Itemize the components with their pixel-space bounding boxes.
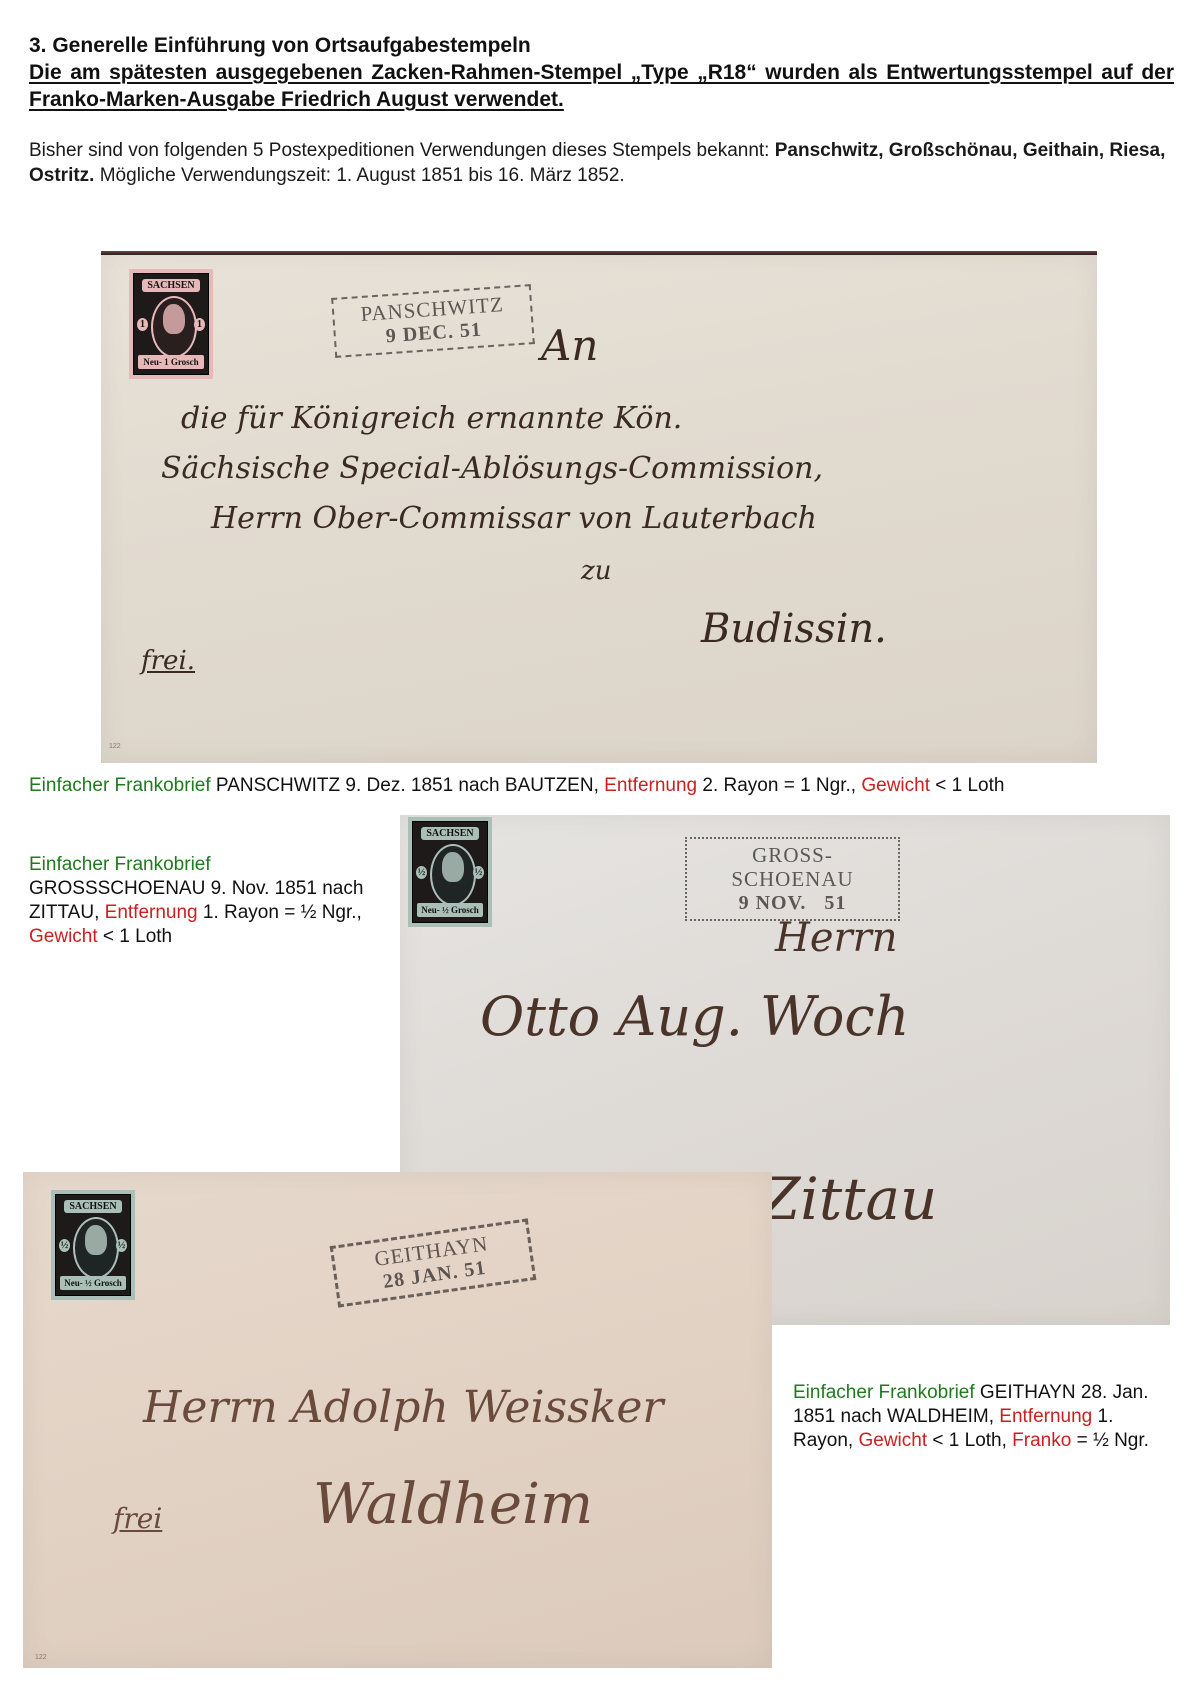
reference-number: 122	[35, 1654, 47, 1661]
frei-note: frei.	[141, 646, 195, 676]
address-line: Herrn Adolph Weissker	[143, 1382, 663, 1433]
caption-grossschoenau: Einfacher Frankobrief GROSSSCHOENAU 9. N…	[29, 853, 389, 949]
stamp-half-neugroschen: SACHSEN ½ ½ Neu- ½ Grosch	[51, 1190, 135, 1300]
caption-weight-label: Gewicht	[858, 1430, 927, 1451]
caption-distance-label: Entfernung	[105, 902, 198, 923]
caption-label: Einfacher Frankobrief	[29, 775, 211, 796]
address-line: Sächsische Special-Ablösungs-Commission,	[161, 451, 823, 486]
stamp-footer: Neu- ½ Grosch	[60, 1276, 126, 1290]
frei-note: frei	[113, 1502, 162, 1535]
intro-text-after: Mögliche Verwendungszeit: 1. August 1851…	[94, 165, 624, 186]
king-portrait-icon	[151, 296, 197, 358]
address-line: Waldheim	[313, 1472, 593, 1537]
caption-text: < 1 Loth	[98, 926, 172, 947]
address-line: zu	[581, 556, 611, 586]
address-line: Budissin.	[701, 606, 887, 652]
stamp-country: SACHSEN	[64, 1200, 122, 1213]
stamp-country: SACHSEN	[421, 827, 479, 840]
stamp-value-left: 1	[137, 318, 148, 331]
caption-label: Einfacher Frankobrief	[793, 1382, 975, 1403]
caption-franko-label: Franko	[1012, 1430, 1071, 1451]
address-line: An	[541, 321, 598, 370]
caption-distance-label: Entfernung	[604, 775, 697, 796]
stamp-footer: Neu- ½ Grosch	[417, 903, 483, 917]
king-portrait-icon	[430, 844, 476, 906]
postmark-place: GROSS-SCHOENAU	[697, 843, 888, 891]
caption-weight-label: Gewicht	[29, 926, 98, 947]
caption-distance-label: Entfernung	[999, 1406, 1092, 1427]
address-line: Otto Aug. Woch	[480, 985, 909, 1048]
address-line: Zittau	[760, 1165, 937, 1233]
address-line: die für Königreich ernannte Kön.	[181, 401, 682, 436]
caption-text: < 1 Loth	[930, 775, 1004, 796]
stamp-value-right: 1	[194, 318, 205, 331]
king-portrait-icon	[73, 1217, 119, 1279]
postmark-grossschoenau: GROSS-SCHOENAU 9 NOV. 51	[685, 837, 900, 921]
stamp-country: SACHSEN	[142, 279, 200, 292]
caption-label: Einfacher Frankobrief	[29, 854, 211, 875]
postmark-geithayn: GEITHAYN 28 JAN. 51	[330, 1218, 537, 1307]
caption-text: < 1 Loth,	[927, 1430, 1012, 1451]
postmark-date: 9 NOV. 51	[697, 891, 888, 915]
postmark-panschwitz: PANSCHWITZ 9 DEC. 51	[331, 284, 535, 358]
stamp-half-neugroschen: SACHSEN ½ ½ Neu- ½ Grosch	[408, 817, 492, 927]
stamp-value-left: ½	[59, 1239, 70, 1252]
intro-paragraph: Bisher sind von folgenden 5 Postexpediti…	[29, 138, 1174, 188]
caption-text: PANSCHWITZ 9. Dez. 1851 nach BAUTZEN,	[211, 775, 604, 796]
section-title: 3. Generelle Einführung von Ortsaufgabes…	[29, 32, 1174, 59]
intro-text-before: Bisher sind von folgenden 5 Postexpediti…	[29, 140, 775, 161]
stamp-value-left: ½	[416, 866, 427, 879]
cover-image-panschwitz: SACHSEN 1 1 Neu- 1 Grosch PANSCHWITZ 9 D…	[101, 251, 1097, 763]
caption-weight-label: Gewicht	[861, 775, 930, 796]
stamp-value-right: ½	[473, 866, 484, 879]
stamp-footer: Neu- 1 Grosch	[138, 355, 204, 369]
cover-image-geithayn: SACHSEN ½ ½ Neu- ½ Grosch GEITHAYN 28 JA…	[23, 1172, 772, 1668]
reference-number: 122	[109, 743, 121, 750]
caption-panschwitz: Einfacher Frankobrief PANSCHWITZ 9. Dez.…	[29, 774, 1179, 798]
stamp-value-right: ½	[116, 1239, 127, 1252]
address-line: Herrn	[775, 915, 898, 961]
caption-text: 2. Rayon = 1 Ngr.,	[697, 775, 861, 796]
address-line: Herrn Ober-Commissar von Lauterbach	[211, 501, 817, 536]
caption-geithayn: Einfacher Frankobrief GEITHAYN 28. Jan. …	[793, 1381, 1173, 1453]
caption-text: = ½ Ngr.	[1071, 1430, 1149, 1451]
caption-text: 1. Rayon = ½ Ngr.,	[198, 902, 362, 923]
page-heading: 3. Generelle Einführung von Ortsaufgabes…	[29, 32, 1174, 113]
stamp-1-neugroschen: SACHSEN 1 1 Neu- 1 Grosch	[129, 269, 213, 379]
section-subtitle: Die am spätesten ausgegebenen Zacken-Rah…	[29, 59, 1174, 113]
